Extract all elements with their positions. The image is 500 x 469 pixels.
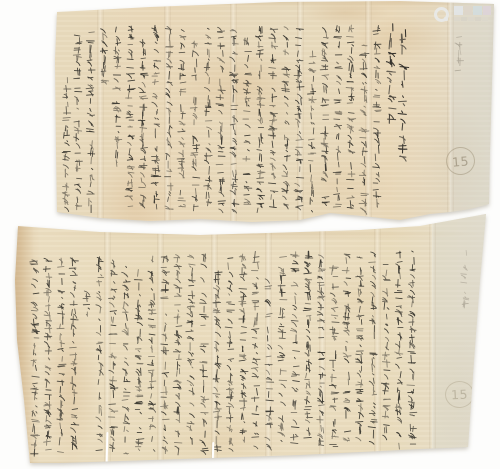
handwriting-stroke-group — [187, 286, 194, 445]
handwriting-stroke-group — [30, 260, 39, 434]
handwriting-stroke-group — [122, 302, 128, 455]
handwriting-stroke-group — [383, 265, 391, 433]
handwriting-stroke-group — [303, 251, 313, 438]
handwriting-stroke-group — [395, 273, 403, 450]
fold-split-gap — [106, 432, 109, 464]
handwriting-stroke-group — [148, 256, 156, 429]
handwriting-stroke-group — [265, 279, 274, 450]
handwriting-stroke-group — [173, 331, 181, 415]
handwriting-stroke-group — [225, 302, 234, 451]
fold-split-gap — [212, 442, 215, 464]
handwriting-stroke-group — [342, 258, 351, 442]
handwriting-stroke-group — [31, 307, 40, 450]
lower-leaf-lot-number-mark: 15 — [444, 380, 474, 408]
handwriting-stroke-group — [464, 250, 466, 293]
handwriting-stroke-group — [461, 265, 469, 300]
handwriting-stroke-group — [70, 347, 78, 418]
handwriting-stroke-group — [278, 257, 287, 437]
handwriting-stroke-group — [356, 257, 364, 377]
handwriting-stroke-group — [356, 268, 364, 434]
handwriting-stroke-group — [356, 289, 363, 441]
handwriting-stroke-group — [368, 252, 376, 444]
handwriting-stroke-group — [213, 286, 222, 444]
handwriting-stroke-group — [44, 321, 52, 429]
handwriting-stroke-group — [227, 258, 233, 381]
handwriting-stroke-group — [96, 257, 103, 451]
lower-leaf-paper: 15 — [0, 0, 500, 469]
handwriting-stroke-group — [305, 278, 312, 422]
handwriting-stroke-group — [318, 260, 326, 416]
fold-crease — [211, 0, 218, 469]
handwriting-stroke-group — [109, 260, 118, 452]
handwriting-stroke-group — [407, 275, 417, 445]
handwriting-stroke-group — [135, 300, 143, 432]
fold-crease — [319, 0, 326, 469]
handwriting-stroke-group — [252, 251, 261, 448]
handwriting-stroke-group — [161, 267, 170, 453]
fold-crease — [265, 0, 272, 469]
handwriting-stroke-group — [317, 255, 326, 439]
handwriting-stroke-group — [407, 302, 415, 386]
fold-crease — [429, 0, 436, 469]
handwriting-stroke-group — [70, 271, 78, 432]
handwriting-stroke-group — [252, 262, 260, 371]
paper-stain — [90, 262, 180, 312]
handwriting-stroke-group — [186, 268, 195, 424]
handwriting-stroke-group — [395, 251, 404, 437]
handwriting-stroke-group — [69, 258, 79, 450]
handwriting-stroke-group — [200, 264, 209, 454]
handwriting-stroke-group — [110, 311, 118, 428]
handwriting-stroke-group — [265, 286, 273, 441]
blank-panel-tint — [432, 210, 486, 452]
handwriting-stroke-group — [265, 299, 274, 415]
handwriting-stroke-group — [239, 254, 246, 442]
handwriting-stroke-group — [290, 252, 299, 413]
handwriting-stroke-group — [252, 343, 259, 434]
handwriting-stroke-group — [83, 291, 90, 302]
handwriting-stroke-group — [96, 305, 103, 437]
handwriting-stroke-group — [161, 256, 170, 444]
handwriting-stroke-group — [148, 277, 156, 451]
handwriting-stroke-group — [31, 293, 40, 456]
handwriting-stroke-group — [122, 272, 130, 424]
handwriting-stroke-group — [395, 261, 402, 423]
handwriting-stroke-group — [330, 265, 339, 438]
handwriting-stroke-group — [174, 255, 182, 443]
paper-stain — [310, 270, 420, 330]
handwriting-stroke-group — [173, 264, 182, 455]
lower-leaf-handwriting — [0, 0, 500, 469]
handwriting-stroke-group — [329, 351, 336, 433]
handwriting-stroke-group — [317, 288, 324, 446]
handwriting-stroke-group — [86, 312, 87, 316]
handwriting-stroke-group — [108, 303, 117, 441]
handwriting-stroke-group — [161, 285, 169, 439]
handwriting-stroke-group — [213, 290, 221, 428]
handwriting-stroke-group — [369, 266, 377, 423]
handwriting-stroke-group — [43, 258, 52, 438]
handwriting-stroke-group — [187, 255, 195, 431]
handwriting-stroke-group — [408, 251, 416, 439]
handwriting-stroke-group — [343, 278, 351, 432]
handwriting-stroke-group — [291, 261, 300, 428]
handwriting-stroke-group — [278, 285, 286, 422]
fold-crease — [104, 0, 111, 469]
handwriting-stroke-group — [148, 271, 156, 406]
paper-stain — [20, 228, 486, 240]
handwriting-stroke-group — [239, 268, 247, 423]
handwriting-stroke-group — [462, 300, 468, 308]
handwriting-stroke-group — [277, 275, 285, 442]
auction-photo-canvas: 15 15 — [0, 0, 500, 469]
paper-stain — [160, 410, 290, 469]
handwriting-stroke-group — [135, 270, 143, 451]
handwriting-stroke-group — [330, 284, 340, 447]
handwriting-stroke-group — [381, 302, 390, 440]
handwriting-stroke-group — [134, 280, 144, 446]
handwriting-stroke-group — [123, 266, 130, 442]
fold-crease — [157, 0, 164, 469]
handwriting-stroke-group — [57, 274, 65, 436]
handwriting-stroke-group — [200, 254, 209, 426]
handwriting-stroke-group — [200, 325, 209, 414]
handwriting-stroke-group — [57, 290, 66, 445]
handwriting-stroke-group — [382, 270, 390, 418]
handwriting-stroke-group — [83, 305, 89, 310]
handwriting-stroke-group — [342, 254, 350, 380]
handwriting-stroke-group — [226, 263, 233, 446]
handwriting-stroke-group — [369, 262, 377, 395]
manuscript-lower-leaf: 15 — [0, 0, 500, 469]
handwriting-stroke-group — [304, 283, 312, 436]
paper-stain — [40, 300, 100, 469]
handwriting-stroke-group — [291, 320, 300, 443]
fold-crease — [374, 0, 381, 469]
handwriting-stroke-group — [239, 277, 248, 434]
handwriting-stroke-group — [57, 258, 65, 452]
handwriting-stroke-group — [96, 275, 104, 443]
handwriting-stroke-group — [44, 273, 52, 450]
handwriting-stroke-group — [214, 271, 222, 452]
